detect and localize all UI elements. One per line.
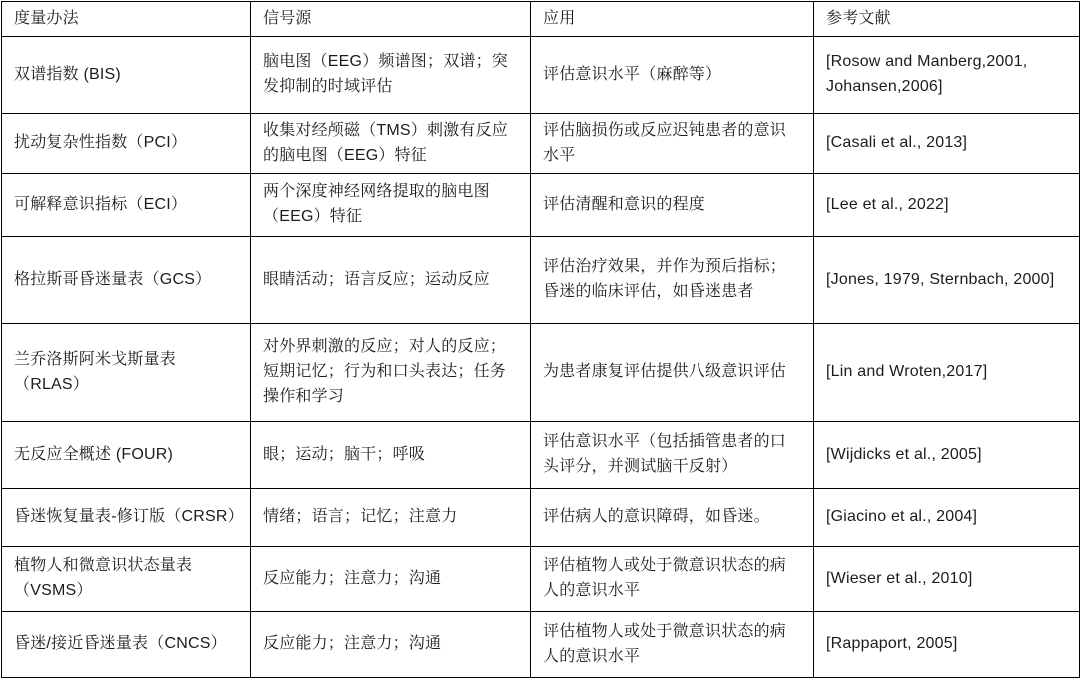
cell-method: 无反应全概述 (FOUR) — [2, 422, 251, 489]
cell-method: 可解释意识指标（ECI） — [2, 174, 251, 237]
column-header-reference: 参考文献 — [814, 2, 1080, 37]
cell-signal-source: 两个深度神经网络提取的脑电图（EEG）特征 — [251, 174, 531, 237]
table-row: 格拉斯哥昏迷量表（GCS） 眼睛活动；语言反应；运动反应 评估治疗效果，并作为预… — [2, 237, 1080, 324]
cell-method: 昏迷/接近昏迷量表（CNCS） — [2, 612, 251, 678]
table-row: 昏迷/接近昏迷量表（CNCS） 反应能力；注意力；沟通 评估植物人或处于微意识状… — [2, 612, 1080, 678]
header-row: 度量办法 信号源 应用 参考文献 — [2, 2, 1080, 37]
table-row: 兰乔洛斯阿米戈斯量表（RLAS） 对外界刺激的反应；对人的反应；短期记忆；行为和… — [2, 324, 1080, 422]
cell-reference: [Wijdicks et al., 2005] — [814, 422, 1080, 489]
cell-signal-source: 脑电图（EEG）频谱图；双谱；突发抑制的时域评估 — [251, 37, 531, 114]
table-row: 双谱指数 (BIS) 脑电图（EEG）频谱图；双谱；突发抑制的时域评估 评估意识… — [2, 37, 1080, 114]
cell-method: 双谱指数 (BIS) — [2, 37, 251, 114]
cell-application: 评估植物人或处于微意识状态的病人的意识水平 — [531, 612, 814, 678]
cell-method: 格拉斯哥昏迷量表（GCS） — [2, 237, 251, 324]
consciousness-measures-table-container: 度量办法 信号源 应用 参考文献 双谱指数 (BIS) 脑电图（EEG）频谱图；… — [0, 0, 1080, 676]
cell-signal-source: 反应能力；注意力；沟通 — [251, 547, 531, 612]
consciousness-measures-table: 度量办法 信号源 应用 参考文献 双谱指数 (BIS) 脑电图（EEG）频谱图；… — [1, 1, 1080, 678]
table-row: 无反应全概述 (FOUR) 眼；运动；脑干；呼吸 评估意识水平（包括插管患者的口… — [2, 422, 1080, 489]
cell-signal-source: 情绪；语言；记忆；注意力 — [251, 489, 531, 547]
cell-application: 评估清醒和意识的程度 — [531, 174, 814, 237]
cell-reference: [Lin and Wroten,2017] — [814, 324, 1080, 422]
cell-reference: [Wieser et al., 2010] — [814, 547, 1080, 612]
cell-reference: [Rosow and Manberg,2001, Johansen,2006] — [814, 37, 1080, 114]
cell-reference: [Casali et al., 2013] — [814, 114, 1080, 174]
table-row: 扰动复杂性指数（PCI） 收集对经颅磁（TMS）刺激有反应的脑电图（EEG）特征… — [2, 114, 1080, 174]
column-header-signal-source: 信号源 — [251, 2, 531, 37]
cell-method: 昏迷恢复量表-修订版（CRSR） — [2, 489, 251, 547]
cell-application: 为患者康复评估提供八级意识评估 — [531, 324, 814, 422]
table-row: 植物人和微意识状态量表（VSMS） 反应能力；注意力；沟通 评估植物人或处于微意… — [2, 547, 1080, 612]
cell-reference: [Rappaport, 2005] — [814, 612, 1080, 678]
cell-signal-source: 反应能力；注意力；沟通 — [251, 612, 531, 678]
table-row: 昏迷恢复量表-修订版（CRSR） 情绪；语言；记忆；注意力 评估病人的意识障碍，… — [2, 489, 1080, 547]
cell-method: 植物人和微意识状态量表（VSMS） — [2, 547, 251, 612]
cell-reference: [Giacino et al., 2004] — [814, 489, 1080, 547]
column-header-application: 应用 — [531, 2, 814, 37]
cell-reference: [Jones, 1979, Sternbach, 2000] — [814, 237, 1080, 324]
cell-application: 评估脑损伤或反应迟钝患者的意识水平 — [531, 114, 814, 174]
cell-method: 扰动复杂性指数（PCI） — [2, 114, 251, 174]
cell-signal-source: 眼睛活动；语言反应；运动反应 — [251, 237, 531, 324]
cell-application: 评估植物人或处于微意识状态的病人的意识水平 — [531, 547, 814, 612]
cell-reference: [Lee et al., 2022] — [814, 174, 1080, 237]
cell-signal-source: 眼；运动；脑干；呼吸 — [251, 422, 531, 489]
table-row: 可解释意识指标（ECI） 两个深度神经网络提取的脑电图（EEG）特征 评估清醒和… — [2, 174, 1080, 237]
cell-method: 兰乔洛斯阿米戈斯量表（RLAS） — [2, 324, 251, 422]
cell-application: 评估治疗效果，并作为预后指标；昏迷的临床评估，如昏迷患者 — [531, 237, 814, 324]
cell-application: 评估意识水平（包括插管患者的口头评分，并测试脑干反射） — [531, 422, 814, 489]
column-header-method: 度量办法 — [2, 2, 251, 37]
cell-signal-source: 收集对经颅磁（TMS）刺激有反应的脑电图（EEG）特征 — [251, 114, 531, 174]
cell-signal-source: 对外界刺激的反应；对人的反应；短期记忆；行为和口头表达；任务操作和学习 — [251, 324, 531, 422]
cell-application: 评估病人的意识障碍，如昏迷。 — [531, 489, 814, 547]
cell-application: 评估意识水平（麻醉等） — [531, 37, 814, 114]
